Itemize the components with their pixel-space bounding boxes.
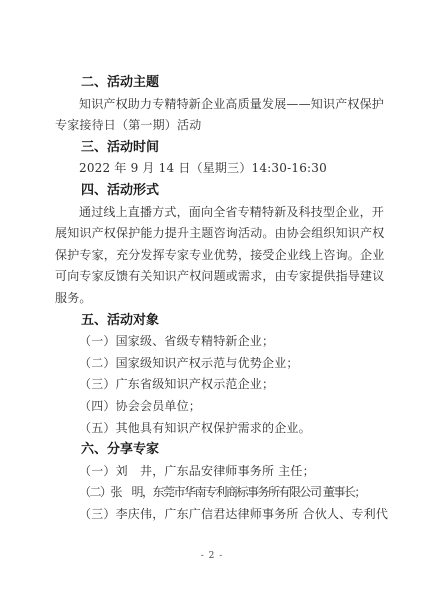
page-number: - 2 - xyxy=(0,551,424,561)
document-line: 2022 年 9 月 14 日（星期三）14:30-16:30 xyxy=(55,158,385,180)
section-heading: 三、活动时间 xyxy=(55,137,385,159)
section-heading: 二、活动主题 xyxy=(55,72,385,94)
section-heading: 六、分享专家 xyxy=(55,439,385,461)
document-line: 展知识产权保护能力提升主题咨询活动。由协会组织知识产权 xyxy=(55,223,385,245)
document-line: 可向专家反馈有关知识产权问题或需求，由专家提供指导建议 xyxy=(55,266,385,288)
document-line: （三）广东省级知识产权示范企业； xyxy=(55,374,385,396)
document-body: 二、活动主题知识产权助力专精特新企业高质量发展——知识产权保护专家接待日（第一期… xyxy=(55,72,385,525)
document-line: （三）李庆伟，广东广信君达律师事务所 合伙人、专利代 xyxy=(55,504,385,526)
document-line: （一）国家级、省级专精特新企业； xyxy=(55,331,385,353)
document-line: 保护专家，充分发挥专家专业优势，接受企业线上咨询。企业 xyxy=(55,245,385,267)
document-line: 知识产权助力专精特新企业高质量发展——知识产权保护 xyxy=(55,94,385,116)
document-line: （五）其他具有知识产权保护需求的企业。 xyxy=(55,418,385,440)
section-heading: 五、活动对象 xyxy=(55,310,385,332)
document-line: （二）张 明，东莞市华南专利商标事务所有限公司 董事长； xyxy=(55,482,385,504)
document-line: （一）刘 井，广东品安律师事务所 主任； xyxy=(55,461,385,483)
section-heading: 四、活动形式 xyxy=(55,180,385,202)
document-line: 服务。 xyxy=(55,288,385,310)
document-page: 二、活动主题知识产权助力专精特新企业高质量发展——知识产权保护专家接待日（第一期… xyxy=(0,0,424,600)
document-line: 专家接待日（第一期）活动 xyxy=(55,115,385,137)
document-line: （二）国家级知识产权示范与优势企业； xyxy=(55,353,385,375)
document-line: 通过线上直播方式，面向全省专精特新及科技型企业，开 xyxy=(55,202,385,224)
document-line: （四）协会会员单位； xyxy=(55,396,385,418)
